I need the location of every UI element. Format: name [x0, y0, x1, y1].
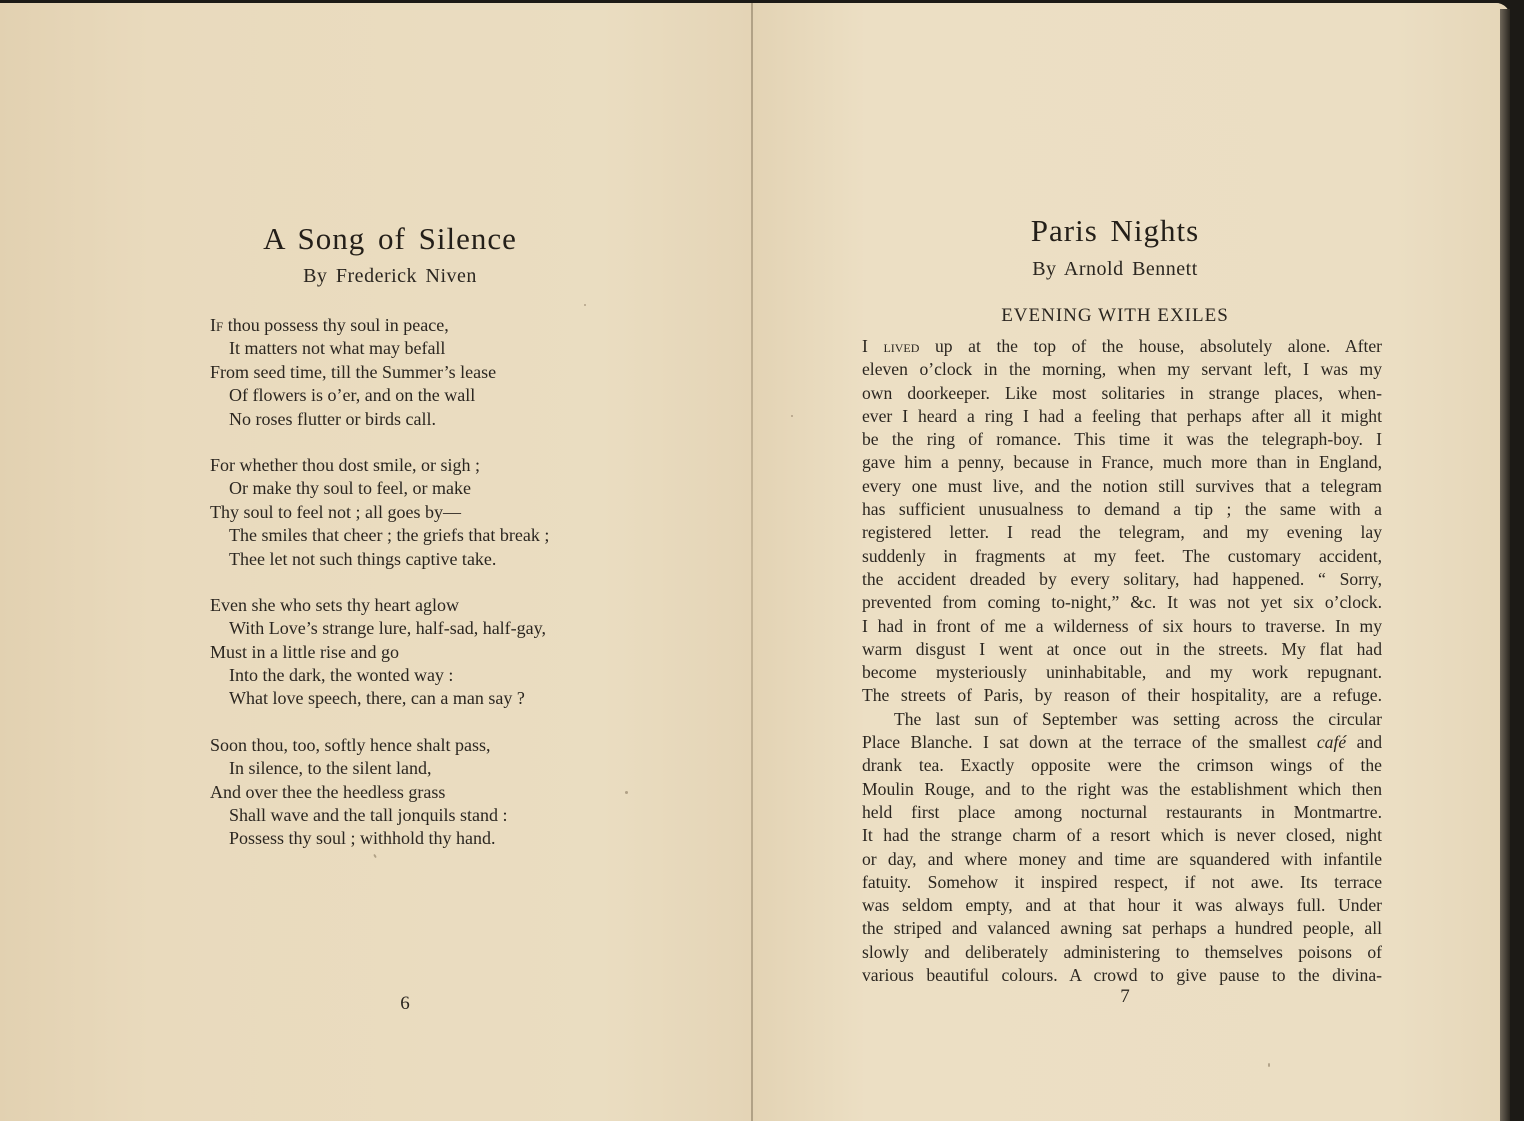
prose-line: drank tea. Exactly opposite were the cri… — [862, 754, 1382, 777]
prose-line: become mysteriously uninhabitable, and m… — [862, 661, 1382, 684]
prose-line: I had in front of me a wilderness of six… — [862, 615, 1382, 638]
page-edge-shadow — [1500, 9, 1510, 1121]
poem-line: No roses flutter or birds call. — [210, 408, 630, 431]
poem-line: If thou possess thy soul in peace, — [210, 314, 630, 337]
prose-line: gave him a penny, because in France, muc… — [862, 451, 1382, 474]
page-number-right: 7 — [1105, 986, 1145, 1008]
poem-line: Even she who sets thy heart aglow — [210, 594, 630, 617]
poem-line: Possess thy soul ; withhold thy hand. — [210, 827, 630, 850]
poem-body: If thou possess thy soul in peace,It mat… — [210, 314, 630, 874]
poem-line: Thy soul to feel not ; all goes by— — [210, 501, 630, 524]
poem-line: Soon thou, too, softly hence shalt pass, — [210, 734, 630, 757]
poem-line: Or make thy soul to feel, or make — [210, 477, 630, 500]
prose-line: prevented from coming to-night,” &c. It … — [862, 591, 1382, 614]
paper-speck — [584, 304, 586, 306]
poem-line: With Love’s strange lure, half-sad, half… — [210, 617, 630, 640]
prose-line: suddenly in fragments at my feet. The cu… — [862, 545, 1382, 568]
prose-line: various beautiful colours. A crowd to gi… — [862, 964, 1382, 987]
prose-line: Place Blanche. I sat down at the terrace… — [862, 731, 1382, 754]
poem-stanza: Soon thou, too, softly hence shalt pass,… — [210, 734, 630, 851]
prose-line: eleven o’clock in the morning, when my s… — [862, 358, 1382, 381]
poem-line: Into the dark, the wonted way : — [210, 664, 630, 687]
paper-speck — [625, 791, 628, 794]
poem-stanza: If thou possess thy soul in peace,It mat… — [210, 314, 630, 431]
prose-line: every one must live, and the notion stil… — [862, 475, 1382, 498]
prose-line: was seldom empty, and at that hour it wa… — [862, 894, 1382, 917]
prose-line: or day, and where money and time are squ… — [862, 848, 1382, 871]
prose-line: the accident dreaded by every solitary, … — [862, 568, 1382, 591]
paper-speck — [1268, 1063, 1270, 1067]
story-body: I lived up at the top of the house, abso… — [862, 335, 1382, 987]
poem-stanza: For whether thou dost smile, or sigh ;Or… — [210, 454, 630, 571]
prose-line: Moulin Rouge, and to the right was the e… — [862, 778, 1382, 801]
section-heading: EVENING WITH EXILES — [860, 305, 1370, 327]
story-byline: By Arnold Bennett — [915, 258, 1315, 281]
poem-line: For whether thou dost smile, or sigh ; — [210, 454, 630, 477]
poem-line: In silence, to the silent land, — [210, 757, 630, 780]
prose-line: slowly and deliberately administering to… — [862, 941, 1382, 964]
prose-line: fatuity. Somehow it inspired respect, if… — [862, 871, 1382, 894]
prose-first-word: lived — [883, 336, 919, 356]
prose-line: own doorkeeper. Like most solitaries in … — [862, 382, 1382, 405]
poem-line: The smiles that cheer ; the griefs that … — [210, 524, 630, 547]
story-title: Paris Nights — [915, 213, 1315, 249]
prose-line: I lived up at the top of the house, abso… — [862, 335, 1382, 358]
prose-line: The last sun of September was setting ac… — [862, 708, 1382, 731]
poem-line: Must in a little rise and go — [210, 641, 630, 664]
poem-line: From seed time, till the Summer’s lease — [210, 361, 630, 384]
poem-line: What love speech, there, can a man say ? — [210, 687, 630, 710]
poem-byline: By Frederick Niven — [190, 265, 590, 288]
page-number-left: 6 — [385, 993, 425, 1015]
prose-line: be the ring of romance. This time it was… — [862, 428, 1382, 451]
prose-line: held first place among nocturnal restaur… — [862, 801, 1382, 824]
left-page: A Song of Silence By Frederick Niven If … — [0, 3, 753, 1121]
prose-line: warm disgust I went at once out in the s… — [862, 638, 1382, 661]
italic-word: café — [1317, 732, 1346, 752]
book-spread: A Song of Silence By Frederick Niven If … — [0, 3, 1510, 1121]
prose-line: It had the strange charm of a resort whi… — [862, 824, 1382, 847]
prose-line: has sufficient unusualness to demand a t… — [862, 498, 1382, 521]
paper-speck — [791, 415, 793, 417]
poem-title: A Song of Silence — [190, 221, 590, 257]
poem-line: Shall wave and the tall jonquils stand : — [210, 804, 630, 827]
poem-line: Of flowers is o’er, and on the wall — [210, 384, 630, 407]
poem-line: And over thee the heedless grass — [210, 781, 630, 804]
prose-line: registered letter. I read the telegram, … — [862, 521, 1382, 544]
poem-line: Thee let not such things captive take. — [210, 548, 630, 571]
prose-line: ever I heard a ring I had a feeling that… — [862, 405, 1382, 428]
prose-line: the striped and valanced awning sat perh… — [862, 917, 1382, 940]
poem-first-word: If — [210, 315, 223, 335]
poem-stanza: Even she who sets thy heart aglowWith Lo… — [210, 594, 630, 711]
poem-line: It matters not what may befall — [210, 337, 630, 360]
prose-line: The streets of Paris, by reason of their… — [862, 684, 1382, 707]
